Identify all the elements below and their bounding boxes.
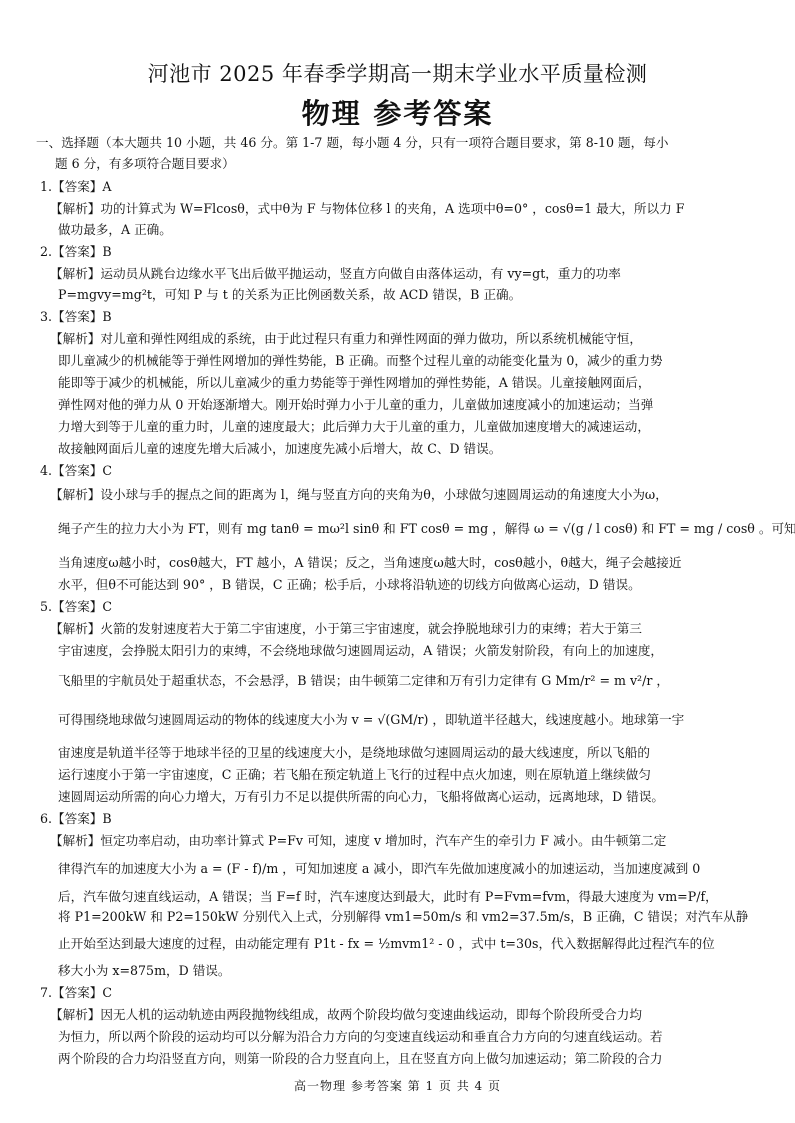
analysis-line: 能即等于减少的机械能，所以儿童减少的重力势能等于弹性网增加的弹性势能，A 错误。… [58, 374, 650, 392]
analysis-line: 水平，但θ不可能达到 90° ，B 错误，C 正确；松手后，小球将沿轨迹的切线方… [58, 576, 641, 594]
document-subtitle: 物理 参考答案 [0, 92, 795, 132]
answer-label-5: 5.【答案】C [40, 598, 112, 616]
section-heading-cont: 题 6 分，有多项符合题目要求） [55, 155, 235, 173]
analysis-line: 即儿童减少的机械能等于弹性网增加的弹性势能，B 正确。而整个过程儿童的动能变化量… [58, 352, 663, 370]
analysis-line: 宙速度是轨道半径等于地球半径的卫星的线速度大小，是绕地球做匀速圆周运动的最大线速… [58, 744, 650, 762]
analysis-line: 将 P1=200kW 和 P2=150kW 分别代入上式，分别解得 vm1=50… [58, 908, 748, 926]
analysis-line: 宇宙速度，会挣脱太阳引力的束缚，不会绕地球做匀速圆周运动，A 错误；火箭发射阶段… [58, 642, 663, 660]
exam-title: 河池市 2025 年春季学期高一期末学业水平质量检测 [0, 58, 795, 88]
answer-label-1: 1.【答案】A [40, 178, 112, 196]
analysis-line: P=mgvy=mg²t，可知 P 与 t 的关系为正比例函数关系，故 ACD 错… [58, 286, 521, 304]
analysis-line: 为恒力，所以两个阶段的运动均可以分解为沿合力方向的匀变速直线运动和垂直合力方向的… [58, 1028, 663, 1046]
analysis-line: 故接触网面后儿童的速度先增大后减小，加速度先减小后增大，故 C、D 错误。 [58, 440, 501, 458]
analysis-line: 【解析】对儿童和弹性网组成的系统，由于此过程只有重力和弹性网面的弹力做功，所以系… [50, 330, 642, 348]
analysis-line: 【解析】功的计算式为 W=Flcosθ，式中θ为 F 与物体位移 l 的夹角，A… [50, 200, 684, 218]
analysis-line: 运行速度小于第一宇宙速度，C 正确；若飞船在预定轨道上飞行的过程中点火加速，则在… [58, 766, 651, 784]
analysis-line: 【解析】设小球与手的握点之间的距离为 l，绳与竖直方向的夹角为θ，小球做匀速圆周… [50, 486, 668, 504]
analysis-line: 【解析】恒定功率启动，由功率计算式 P=Fv 可知，速度 v 增加时，汽车产生的… [50, 832, 666, 850]
answer-label-2: 2.【答案】B [40, 243, 112, 261]
analysis-line: 速圆周运动所需的向心力增大，万有引力不足以提供所需的向心力，飞船将做离心运动，远… [58, 788, 664, 806]
analysis-formula-line: 止开始至达到最大速度的过程，由动能定理有 P1t - fx = ½mvm1² -… [58, 935, 715, 953]
section-heading: 一、选择题（本大题共 10 小题，共 46 分。第 1-7 题，每小题 4 分，… [36, 134, 668, 152]
analysis-formula-line: 可得围绕地球做匀速圆周运动的物体的线速度大小为 v = √(GM/r) ，即轨道… [58, 711, 684, 729]
analysis-line: 弹性网对他的弹力从 0 开始逐渐增大。刚开始时弹力小于儿童的重力，儿童做加速度减… [58, 396, 653, 414]
answer-label-6: 6.【答案】B [40, 810, 112, 828]
analysis-line: 两个阶段的合力均沿竖直方向，则第一阶段的合力竖直向上，且在竖直方向上做匀加速运动… [58, 1050, 663, 1068]
analysis-line: 做功最多，A 正确。 [58, 221, 172, 239]
answer-label-7: 7.【答案】C [40, 984, 112, 1002]
analysis-line: 力增大到等于儿童的重力时，儿童的速度最大；此后弹力大于儿童的重力，儿童做加速度增… [58, 418, 650, 436]
analysis-line: 当角速度ω越小时，cosθ越大，FT 越小，A 错误；反之，当角速度ω越大时，c… [58, 554, 681, 572]
analysis-line: 后，汽车做匀速直线运动，A 错误；当 F=f 时，汽车速度达到最大，此时有 P=… [58, 888, 718, 906]
analysis-line: 【解析】运动员从跳台边缘水平飞出后做平抛运动，竖直方向做自由落体运动，有 vy=… [50, 265, 621, 283]
page-footer: 高一物理 参考答案 第 1 页 共 4 页 [0, 1077, 795, 1094]
answer-label-4: 4.【答案】C [40, 462, 112, 480]
analysis-line: 移大小为 x=875m，D 错误。 [58, 962, 231, 980]
analysis-line: 【解析】火箭的发射速度若大于第二宇宙速度，小于第三宇宙速度，就会挣脱地球引力的束… [50, 620, 642, 638]
analysis-formula-line: 绳子产生的拉力大小为 FT，则有 mg tanθ = mω²l sinθ 和 F… [58, 520, 795, 538]
analysis-line: 【解析】因无人机的运动轨迹由两段抛物线组成，故两个阶段均做匀变速曲线运动，即每个… [50, 1006, 642, 1024]
analysis-formula-line: 律得汽车的加速度大小为 a = (F - f)/m ，可知加速度 a 减小，即汽… [58, 860, 700, 878]
analysis-formula-line: 飞船里的宇航员处于超重状态，不会悬浮，B 错误；由牛顿第二定律和万有引力定律有 … [58, 672, 669, 690]
document-page: 河池市 2025 年春季学期高一期末学业水平质量检测 物理 参考答案 一、选择题… [0, 0, 795, 1123]
answer-label-3: 3.【答案】B [40, 308, 112, 326]
